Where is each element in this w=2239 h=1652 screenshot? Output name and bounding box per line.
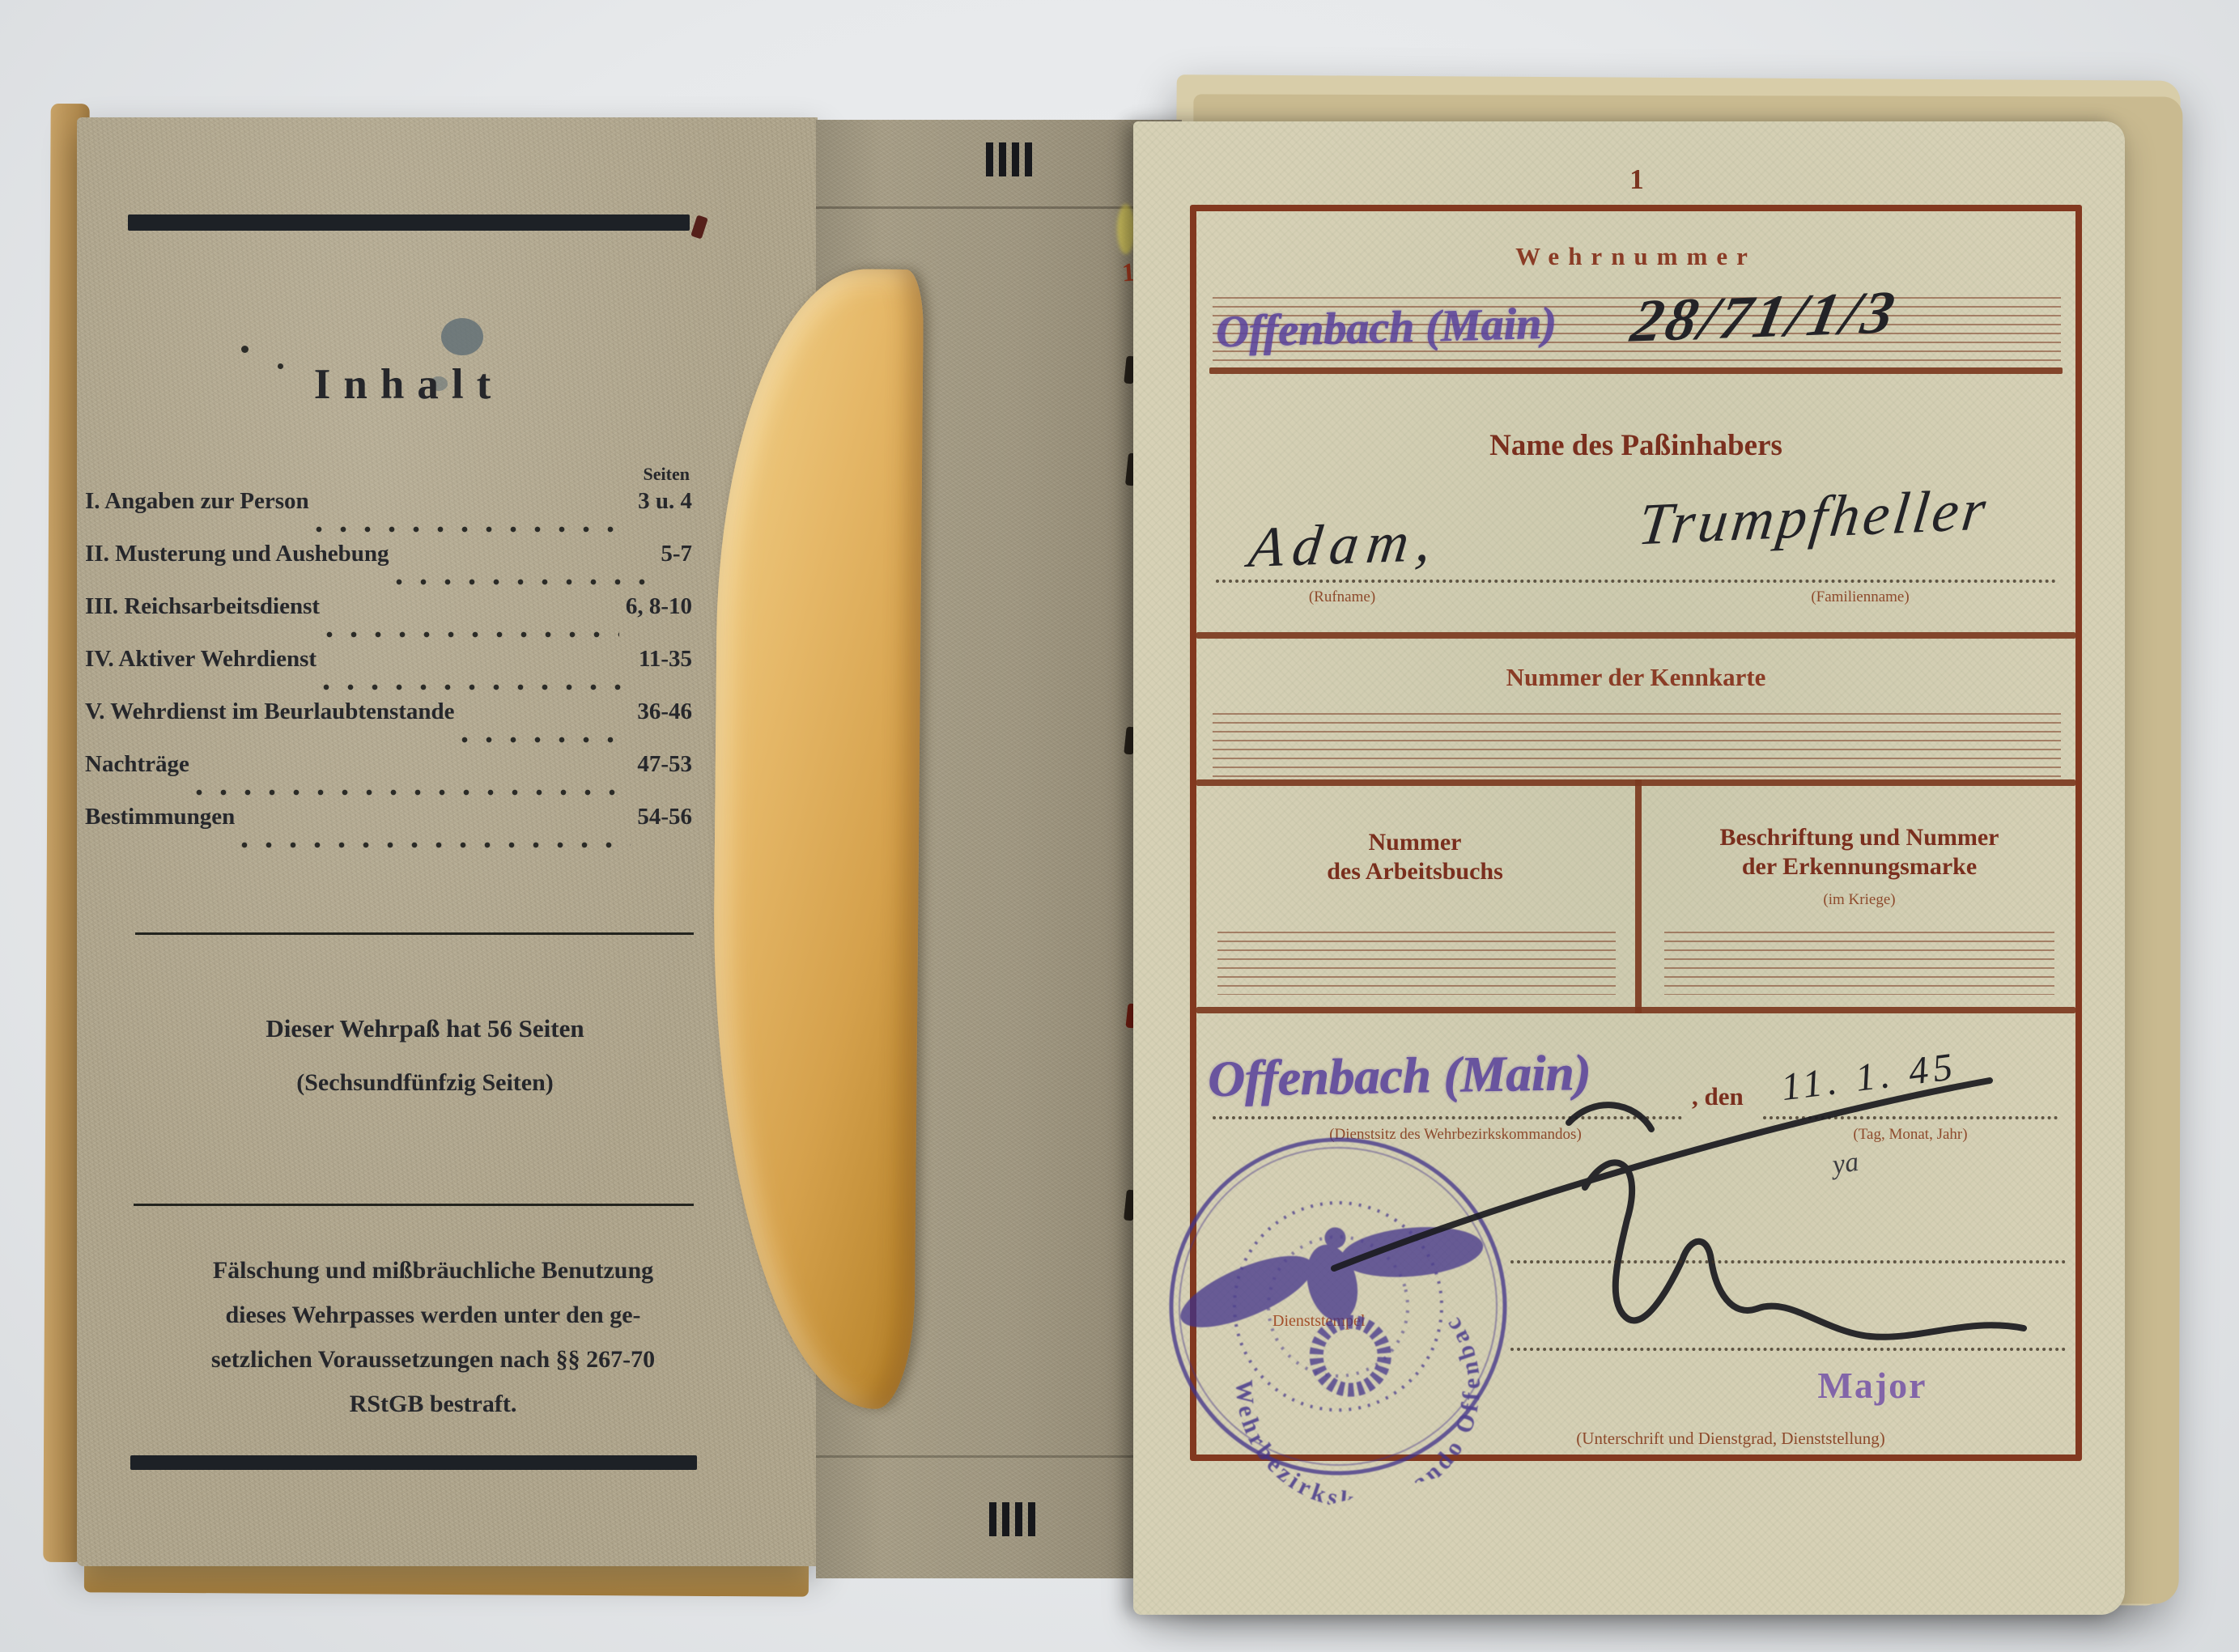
toc-pages: 3 u. 4 <box>638 488 692 515</box>
familienname-label: (Familienname) <box>1763 588 1957 606</box>
divider-rule <box>134 1204 694 1206</box>
toc-label: IV. Aktiver Wehrdienst <box>85 646 317 673</box>
signature-label: (Unterschrift und Dienstgrad, Dienststel… <box>1447 1429 2014 1449</box>
signature <box>1302 1048 2079 1396</box>
dotted-fill-line <box>1216 580 2056 583</box>
warning-line: setzlichen Voraussetzungen nach §§ 267-7… <box>77 1346 789 1374</box>
section-rule <box>1196 1007 2075 1013</box>
arbeitsbuch-header-line1: Nummer <box>1196 828 1634 857</box>
ruled-writing-block <box>1664 932 2054 995</box>
bottom-rule-bar <box>130 1455 697 1470</box>
printed-border-frame: Wehrnummer Offenbach (Main) 28/71/1/3 Na… <box>1190 205 2082 1461</box>
ink-blot <box>441 318 483 355</box>
place-stamp: Offenbach (Main) <box>1215 298 1557 359</box>
section-rule <box>1209 367 2063 374</box>
page-number: 1 <box>1587 164 1687 196</box>
yellow-stain <box>1117 204 1135 254</box>
page-title: Inhalt <box>190 360 627 409</box>
dot-leader <box>396 577 655 587</box>
top-rule-bar <box>128 214 690 231</box>
page-count-line: Dieser Wehrpaß hat 56 Seiten <box>77 1014 773 1043</box>
warning-line: Fälschung und mißbräuchliche Benutzung <box>77 1257 789 1285</box>
dot-leader <box>316 524 632 534</box>
toc-label: III. Reichsarbeitsdienst <box>85 593 320 620</box>
handwritten-last-name: Trumpfheller <box>1635 476 1992 559</box>
tally-marks-icon <box>989 1502 1039 1536</box>
right-page-wehrnummer: 1 Wehrnummer Offenbach (Main) 28/71/1/3 … <box>1133 121 2125 1615</box>
toc-label: Nachträge <box>85 751 189 778</box>
dotted-fill-line <box>1510 1260 2066 1263</box>
name-section-title: Name des Paßinhabers <box>1196 428 2075 463</box>
dot-leader <box>326 630 619 639</box>
ruled-writing-block <box>1217 932 1616 995</box>
ink-mark <box>690 214 708 239</box>
erkennungsmarke-header-line1: Beschriftung und Nummer <box>1643 823 2075 852</box>
column-divider <box>1635 779 1642 1013</box>
dot-leader <box>461 735 631 745</box>
seiten-column-header: Seiten <box>644 464 690 485</box>
warning-line: dieses Wehrpasses werden unter den ge- <box>77 1302 789 1329</box>
photo-of-wehrpass: { "background_color": "#e9eaec", "left_p… <box>0 0 2239 1652</box>
divider-rule <box>135 932 694 935</box>
toc-pages: 54-56 <box>637 804 692 830</box>
ink-speck <box>241 346 249 353</box>
dot-leader <box>241 840 631 850</box>
toc-pages: 5-7 <box>661 541 692 567</box>
toc-pages: 47-53 <box>637 751 692 778</box>
toc-row: IV. Aktiver Wehrdienst 11-35 <box>85 646 692 699</box>
handwritten-first-name: Adam, <box>1245 509 1443 581</box>
left-page-inhalt: Inhalt Seiten I. Angaben zur Person 3 u.… <box>77 117 818 1566</box>
toc-pages: 6, 8-10 <box>626 593 692 620</box>
kennkarte-title: Nummer der Kennkarte <box>1196 663 2075 692</box>
toc-row: V. Wehrdienst im Beurlaubtenstande 36-46 <box>85 699 692 751</box>
toc-label: V. Wehrdienst im Beurlaubtenstande <box>85 699 455 725</box>
erkennungsmarke-header: Beschriftung und Nummer der Erkennungsma… <box>1643 823 2075 881</box>
dot-leader <box>196 788 631 797</box>
toc-row: III. Reichsarbeitsdienst 6, 8-10 <box>85 593 692 646</box>
wehrnummer-title: Wehrnummer <box>1196 242 2075 271</box>
warning-line: RStGB bestraft. <box>77 1391 789 1418</box>
erkennungsmarke-header-line2: der Erkennungsmarke <box>1643 852 2075 881</box>
arbeitsbuch-header: Nummer des Arbeitsbuchs <box>1196 828 1634 886</box>
toc-pages: 11-35 <box>639 646 692 673</box>
dot-leader <box>323 682 632 692</box>
toc-row: Bestimmungen 54-56 <box>85 804 692 856</box>
toc-label: I. Angaben zur Person <box>85 488 309 515</box>
flap-seam <box>816 1455 1182 1458</box>
table-of-contents: I. Angaben zur Person 3 u. 4 II. Musteru… <box>85 488 692 856</box>
toc-label: II. Musterung und Aushebung <box>85 541 389 567</box>
toc-label: Bestimmungen <box>85 804 235 830</box>
rank-stamp: Major <box>1763 1364 1982 1407</box>
handwritten-wehrnummer: 28/71/1/3 <box>1625 278 1903 356</box>
toc-row: Nachträge 47-53 <box>85 751 692 804</box>
arbeitsbuch-header-line2: des Arbeitsbuchs <box>1196 857 1634 886</box>
rufname-label: (Rufname) <box>1261 588 1423 606</box>
toc-pages: 36-46 <box>637 699 692 725</box>
dotted-fill-line <box>1510 1348 2066 1351</box>
section-rule <box>1196 632 2075 639</box>
page-count-line-2: (Sechsundfünfzig Seiten) <box>77 1069 773 1097</box>
toc-row: I. Angaben zur Person 3 u. 4 <box>85 488 692 541</box>
ruled-writing-block <box>1213 713 2061 778</box>
im-kriege-label: (im Kriege) <box>1643 891 2075 909</box>
toc-row: II. Musterung und Aushebung 5-7 <box>85 541 692 593</box>
tally-marks-icon <box>986 142 1036 176</box>
